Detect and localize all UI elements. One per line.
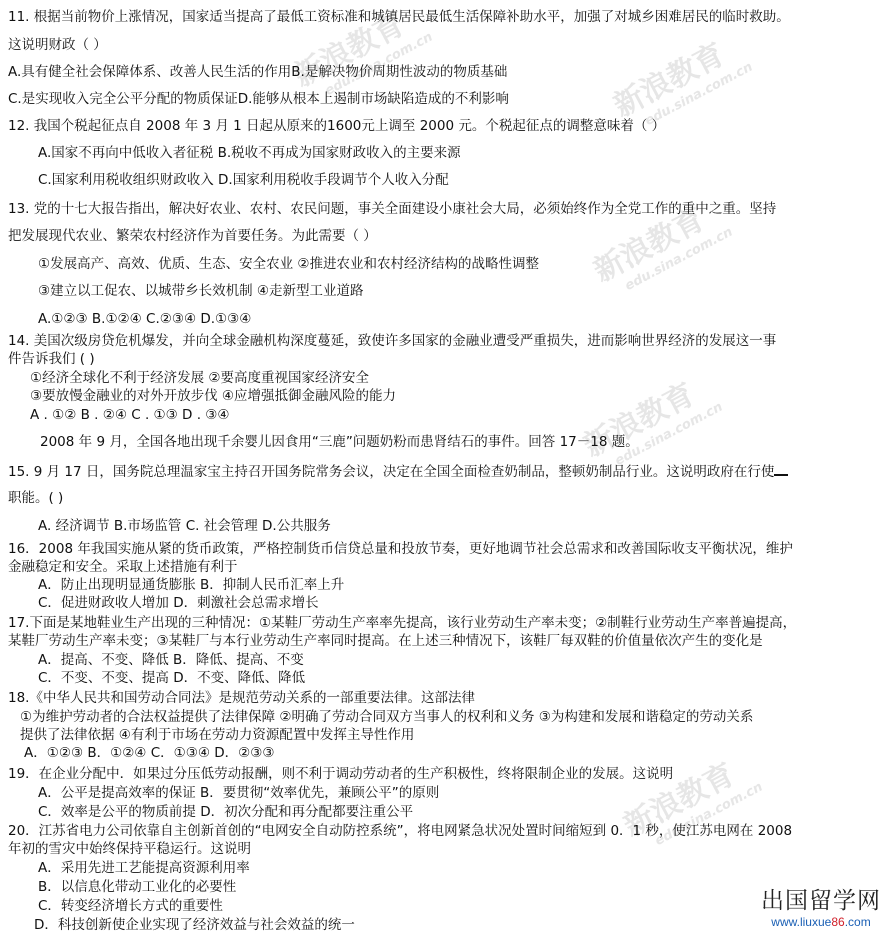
q13-answers: A.①②③ B.①②④ C.②③④ D.①③④ (38, 310, 251, 328)
q20-stem: 20．江苏省电力公司依靠自主创新首创的“电网安全自动防控系统”，将电网紧急状况处… (8, 822, 792, 840)
q16-stem-cont: 金融稳定和安全。采取上述措施有利于 (8, 558, 238, 576)
q15-stem: 15. 9 月 17 日，国务院总理温家宝主持召开国务院常务会议，决定在全国全面… (8, 462, 788, 481)
logo-url-number: 86 (831, 915, 844, 929)
q15-stem-cont: 职能。( ) (8, 489, 63, 507)
q14-items-12: ①经济全球化不利于经济发展 ②要高度重视国家经济安全 (30, 369, 369, 387)
q17-options-ab: A．提高、不变、降低 B．降低、提高、不变 (38, 651, 304, 669)
q18-stem: 18.《中华人民共和国劳动合同法》是规范劳动关系的一部重要法律。这部法律 (8, 689, 475, 707)
q13-stem-cont: 把发展现代农业、繁荣农村经济作为首要任务。为此需要（ ） (8, 227, 377, 245)
context-paragraph: 2008 年 9 月，全国各地出现千余婴儿因食用“三鹿”问题奶粉而患肾结石的事件… (40, 433, 639, 451)
q11-options-ab: A.具有健全社会保障体系、改善人民生活的作用B.是解决物价周期性波动的物质基础 (8, 63, 507, 81)
q15-answers: A. 经济调节 B.市场监管 C. 社会管理 D.公共服务 (38, 517, 331, 535)
q11-stem-cont: 这说明财政（ ） (8, 36, 107, 54)
q16-stem: 16．2008 年我国实施从紧的货币政策，严格控制货币信贷总量和投放节奏，更好地… (8, 540, 793, 558)
q14-stem: 14. 美国次级房贷危机爆发，并向全球金融机构深度蔓延，致使许多国家的金融业遭受… (8, 332, 776, 350)
q12-options-cd: C.国家利用税收组织财政收入 D.国家利用税收手段调节个人收入分配 (38, 171, 449, 189)
watermark: 新浪教育edu.sina.com.cn (614, 741, 765, 859)
q11-options-cd: C.是实现收入完全公平分配的物质保证D.能够从根本上遏制市场缺陷造成的不利影响 (8, 90, 509, 108)
q14-items-34: ③要放慢金融业的对外开放步伐 ④应增强抵御金融风险的能力 (30, 387, 396, 405)
q16-options-cd: C．促进财政收人增加 D．刺激社会总需求增长 (38, 594, 319, 612)
q13-stem: 13. 党的十七大报告指出，解决好农业、农村、农民问题，事关全面建设小康社会大局… (8, 200, 776, 218)
logo-title: 出国留学网 (761, 882, 881, 915)
q16-options-ab: A．防止出现明显通货膨胀 B．抑制人民币汇率上升 (38, 576, 344, 594)
q12-stem: 12. 我国个税起征点自 2008 年 3 月 1 日起从原来的1600元上调至… (8, 117, 665, 135)
q13-items-34: ③建立以工促农、以城带乡长效机制 ④走新型工业道路 (38, 282, 364, 300)
q19-options-cd: C．效率是公平的物质前提 D．初次分配和再分配都要注重公平 (38, 803, 413, 821)
logo-url-suffix: .com (845, 915, 871, 929)
logo-url-prefix: www.liuxue (771, 915, 831, 929)
q19-options-ab: A．公平是提高效率的保证 B．要贯彻“效率优先，兼顾公平”的原则 (38, 784, 439, 802)
q18-items-cont: 提供了法律依据 ④有利于市场在劳动力资源配置中发挥主导性作用 (20, 726, 414, 744)
q17-stem-cont: 某鞋厂劳动生产率未变；③某鞋厂与本行业劳动生产率同时提高。在上述三种情况下，该鞋… (8, 632, 763, 650)
q20-option-b: B．以信息化带动工业化的必要性 (38, 878, 236, 896)
q17-stem: 17.下面是某地鞋业生产出现的三种情况：①某鞋厂劳动生产率率先提高，该行业劳动生… (8, 614, 796, 632)
q11-stem: 11. 根据当前物价上涨情况，国家适当提高了最低工资标准和城镇居民最低生活保障补… (8, 8, 790, 26)
q18-answers: A．①②③ B．①②④ C．①③④ D．②③③ (24, 744, 274, 762)
site-logo: 出国留学网 www.liuxue86.com (761, 882, 881, 929)
q19-stem: 19．在企业分配中．如果过分压低劳动报酬，则不利于调动劳动者的生产积极性，终将限… (8, 765, 673, 783)
q20-option-a: A．采用先进工艺能提高资源利用率 (38, 859, 250, 877)
q17-options-cd: C．不变、不变、提高 D．不变、降低、降低 (38, 669, 305, 687)
watermark: 新浪教育edu.sina.com.cn (574, 361, 725, 479)
q20-option-d: D．科技创新使企业实现了经济效益与社会效益的统一 (34, 916, 355, 934)
answer-blank (774, 462, 788, 476)
q14-answers: A . ①② B . ②④ C . ①③ D . ③④ (30, 406, 230, 424)
q18-items: ①为维护劳动者的合法权益提供了法律保障 ②明确了劳动合同双方当事人的权利和义务 … (20, 708, 753, 726)
q15-stem-text: 15. 9 月 17 日，国务院总理温家宝主持召开国务院常务会议，决定在全国全面… (8, 464, 774, 480)
q13-items-12: ①发展高产、高效、优质、生态、安全农业 ②推进农业和农村经济结构的战略性调整 (38, 255, 539, 273)
logo-url: www.liuxue86.com (761, 915, 881, 929)
q12-options-ab: A.国家不再向中低收入者征税 B.税收不再成为国家财政收入的主要来源 (38, 144, 461, 162)
q14-stem-cont: 件告诉我们 ( ) (8, 350, 95, 368)
q20-option-c: C．转变经济增长方式的重要性 (38, 897, 223, 915)
q20-stem-cont: 年初的雪灾中始终保持平稳运行。这说明 (8, 840, 251, 858)
